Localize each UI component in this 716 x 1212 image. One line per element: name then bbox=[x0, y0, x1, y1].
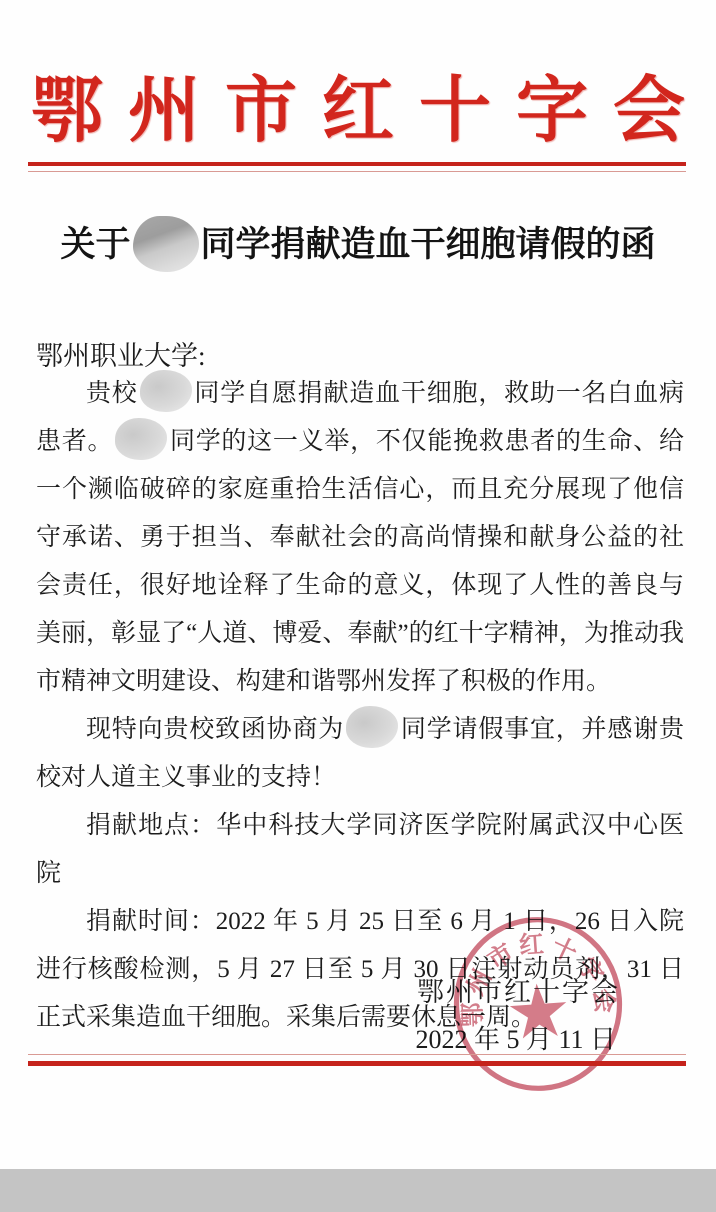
letter-page: 鄂州市红十字会 关于同学捐献造血干细胞请假的函 鄂州职业大学: 贵校同学自愿捐献… bbox=[0, 0, 716, 1212]
salutation: 鄂州职业大学: bbox=[36, 334, 206, 373]
redaction-blob bbox=[140, 370, 192, 412]
letter-paragraph: 现特向贵校致函协商为同学请假事宜，并感谢贵校对人道主义事业的支持！ bbox=[36, 706, 684, 802]
footer-rule-thick bbox=[28, 1061, 686, 1066]
letterhead-org-name: 鄂州市红十字会 bbox=[0, 52, 716, 156]
document-title: 关于同学捐献造血干细胞请假的函 bbox=[0, 216, 716, 272]
footer-rule-thin bbox=[28, 1054, 686, 1055]
redaction-blob bbox=[133, 216, 199, 272]
letterhead-rule-thin bbox=[28, 171, 686, 172]
redaction-blob bbox=[346, 706, 398, 748]
document-title-prefix: 关于 bbox=[60, 225, 130, 264]
seal-star: ★ bbox=[503, 969, 575, 1055]
redaction-blob bbox=[115, 418, 167, 460]
letter-paragraph: 捐献地点：华中科技大学同济医学院附属武汉中心医院 bbox=[36, 802, 684, 898]
letterhead-rule-thick bbox=[28, 162, 686, 166]
footer-gray-band bbox=[0, 1169, 716, 1212]
document-title-suffix: 同学捐献造血干细胞请假的函 bbox=[201, 225, 656, 264]
official-seal: 鄂州市红十字会 ★ bbox=[442, 908, 634, 1100]
letter-paragraph: 贵校同学自愿捐献造血干细胞，救助一名白血病患者。同学的这一义举，不仅能挽救患者的… bbox=[36, 370, 684, 706]
